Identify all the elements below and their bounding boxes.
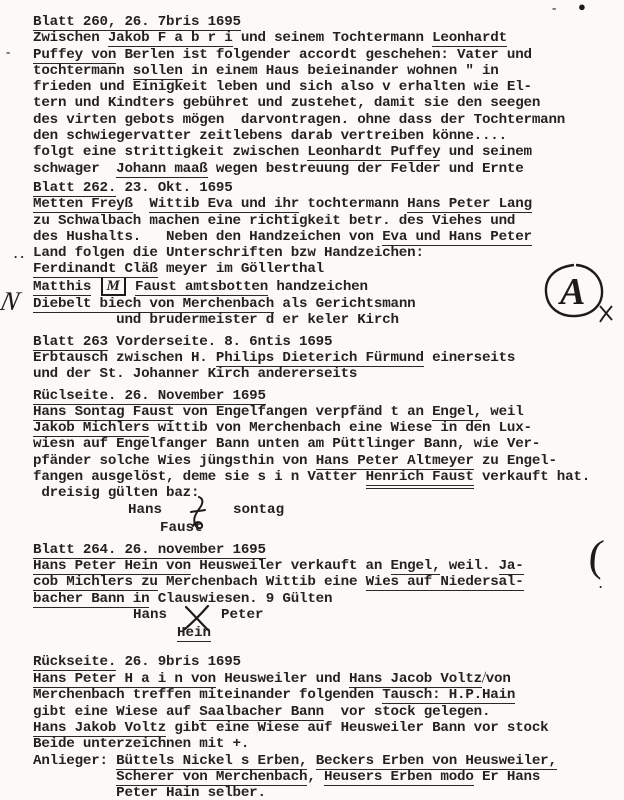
text-segment: wittib von Merchenbach eine Wiese in den… <box>149 420 531 436</box>
text-segment: schwager <box>33 161 116 177</box>
underlined-text: Hans Peter Lang <box>407 196 532 213</box>
text-segment: zu Engel- <box>474 453 557 469</box>
underlined-text: Hans Peter Hein von <box>33 558 191 575</box>
text-segment: vor stock gelegen. <box>324 704 490 720</box>
text-line: den schwiegervatter zeitlebens darab ver… <box>33 128 621 144</box>
underlined-text: cob Michlers zu <box>33 574 158 591</box>
underlined-text: Jakob F a b r i <box>108 30 233 47</box>
circled-a-handmark: A <box>540 262 622 328</box>
text-segment: Anlieger: <box>33 753 116 769</box>
text-segment: 26. 9bris 1695 <box>116 654 241 670</box>
top-right-dot-mark: ● <box>578 0 586 15</box>
underlined-text: Rückseite. <box>33 654 116 671</box>
text-segment: verkauft hat. <box>474 469 590 485</box>
text-segment: Heusweiler verkauft an <box>191 558 391 574</box>
underlined-text: Blatt 262. <box>33 180 116 197</box>
text-segment <box>33 769 116 785</box>
signature-name: Hein <box>177 625 211 642</box>
text-segment: einerseits <box>424 350 515 366</box>
text-line: und brudermeister d er keler Kirch <box>33 312 621 328</box>
signature-name: Peter <box>221 607 264 623</box>
underlined-text: Leonhardt Puffey <box>307 144 440 161</box>
text-segment: Merchenbach treffen miteinander folgende… <box>33 687 382 703</box>
text-segment: und seinem Tochtermann <box>233 30 433 46</box>
underlined-text: Jakob Michlers <box>33 420 149 437</box>
underlined-text: Engel, <box>391 558 441 575</box>
scanned-document-page: Blatt 260, 26. 7bris 1695Zwischen Jakob … <box>0 0 624 800</box>
underlined-text: bacher Bann in <box>33 591 149 608</box>
section-rueckseite-november: Rüclseite. 26. November 1695Hans Sontag … <box>33 388 621 539</box>
text-segment: fangen ausgelöst, deme sie s i n Vatter <box>33 469 366 485</box>
text-segment <box>307 753 315 769</box>
text-segment: von <box>486 671 511 687</box>
text-line: Diebelt biech von Merchenbach als Gerich… <box>33 296 621 312</box>
text-segment: Berlen ist folgender accordt geschehen: … <box>116 47 532 63</box>
text-segment: Clauswiesen. 9 Gülten <box>149 591 332 607</box>
text-line: Rüclseite. 26. November 1695 <box>33 388 621 404</box>
text-line: Matthis M Faust amtsbotten handzeichen <box>33 278 621 296</box>
underlined-text: Henrich Faust <box>366 469 474 489</box>
underlined-text: Ja- <box>499 558 524 575</box>
text-segment: den schwiegervatter zeitlebens darab ver… <box>33 128 507 144</box>
section-blatt-264: Blatt 264. 26. november 1695Hans Peter H… <box>33 542 621 644</box>
text-segment: tochtermann <box>33 63 133 79</box>
underlined-text: Engel, <box>432 404 482 421</box>
section-blatt-263-vorderseite: Blatt 263 Vorderseite. 8. 6ntis 1695Erbt… <box>33 334 621 383</box>
text-segment: Zwischen <box>33 30 108 46</box>
text-line: wiesn auf Engelfanger Bann unten am Pütt… <box>33 436 621 452</box>
text-line: dreisig gülten baz: <box>33 485 621 501</box>
text-segment: weil <box>482 404 524 420</box>
text-segment: Vorderseite. 8. 6ntis 1695 <box>108 334 332 350</box>
text-line: Rückseite. 26. 9bris 1695 <box>33 654 621 670</box>
text-line: Hans Sontag Faust von Engelfangen verpfä… <box>33 404 621 420</box>
text-line: Jakob Michlers wittib von Merchenbach ei… <box>33 420 621 436</box>
text-line: Blatt 263 Vorderseite. 8. 6ntis 1695 <box>33 334 621 350</box>
text-line: Blatt 264. 26. november 1695 <box>33 542 621 558</box>
text-segment: Erbtausch zwischen H. <box>33 350 216 366</box>
document-body: Blatt 260, 26. 7bris 1695Zwischen Jakob … <box>33 14 621 800</box>
underlined-text: Ferdinandt Cläß <box>33 261 158 278</box>
underlined-text: Hans Jakob Voltz <box>33 720 166 737</box>
text-line: und der St. Johanner Kirch andererseits <box>33 366 621 382</box>
text-segment: Merchenbach Wittib eine <box>158 574 366 590</box>
text-segment: 23. Okt. 1695 <box>116 180 232 196</box>
text-segment: des virten gebots mögen darvontragen. oh… <box>33 112 565 128</box>
text-segment: und der St. Johanner Kirch andererseits <box>33 366 357 382</box>
text-segment <box>33 785 116 800</box>
signature-name: sontag <box>233 502 284 518</box>
margin-n-handmark: N <box>0 293 21 309</box>
text-line: Zwischen Jakob F a b r i und seinem Toch… <box>33 30 621 46</box>
text-line: Anlieger: Büttels Nickel s Erben, Becker… <box>33 753 621 769</box>
text-line: des virten gebots mögen darvontragen. oh… <box>33 112 621 128</box>
text-segment: gibt eine Wiese auf Heusweiler Bann vor … <box>166 720 548 736</box>
text-line: Hans Jakob Voltz gibt eine Wiese auf Heu… <box>33 720 621 736</box>
text-segment: folgt eine strittigkeit zwischen <box>33 144 307 160</box>
underlined-text: Blatt 263 <box>33 334 108 351</box>
text-segment: und seinem <box>440 144 531 160</box>
underlined-text: Wittib Eva und ihr <box>149 196 299 213</box>
underlined-text: Rüclseite. 26. November 1695 <box>33 388 266 405</box>
text-segment: pfänder solche Wies jüngsthin von <box>33 453 316 469</box>
section-rueckseite-9bris: Rückseite. 26. 9bris 1695Hans Peter H a … <box>33 654 621 800</box>
text-segment: in einem Haus beieinander wohnen " in <box>183 63 499 79</box>
text-segment: des Hushalts. Neben den Handzeichen von <box>33 229 382 245</box>
text-line: Merchenbach treffen miteinander folgende… <box>33 687 621 703</box>
left-margin-dash-mark: - <box>6 44 10 60</box>
text-line: Hans Peter H a i n von Heusweiler und Ha… <box>33 670 621 687</box>
underlined-text: Peter Hain selber. <box>116 785 266 800</box>
signature-name: Faust <box>160 520 203 536</box>
text-segment: , <box>307 769 324 785</box>
underlined-text: Puffey von <box>33 47 116 64</box>
text-line: bacher Bann in Clauswiesen. 9 Gülten <box>33 591 621 607</box>
text-line: Metten Freyß Wittib Eva und ihr tochterm… <box>33 196 621 212</box>
text-segment: zu Schwalbach machen eine richtigkeit be… <box>33 213 515 229</box>
top-right-dash-mark: - <box>552 0 556 16</box>
section-blatt-262: Blatt 262. 23. Okt. 1695Metten Freyß Wit… <box>33 180 621 329</box>
underlined-text: Hans Sontag Faust <box>33 404 174 421</box>
text-segment: Land folgen die Unterschriften bzw Handz… <box>33 245 424 261</box>
underlined-text: Matthis <box>33 279 91 296</box>
text-line: frieden und Einigkeit leben und sich als… <box>33 79 621 95</box>
text-line: Blatt 262. 23. Okt. 1695 <box>33 180 621 196</box>
underlined-text: Johann maaß <box>116 161 207 178</box>
section-blatt-260: Blatt 260, 26. 7bris 1695Zwischen Jakob … <box>33 14 621 177</box>
underlined-text: Hans Peter Altmeyer <box>316 453 474 470</box>
text-segment: von Engelfangen verpfänd t an <box>174 404 432 420</box>
text-segment: wegen bestreuung der Felder und Ernte <box>208 161 524 177</box>
text-line: folgt eine strittigkeit zwischen Leonhar… <box>33 144 621 160</box>
text-segment: meyer im Göllerthal <box>158 261 324 277</box>
underlined-text: Hans Jacob Voltz <box>349 671 482 688</box>
text-segment: wiesn auf Engelfanger Bann unten am Pütt… <box>33 436 540 452</box>
signature-row-below: Faust <box>128 519 621 537</box>
underlined-text: sollen <box>133 63 183 80</box>
text-line: gibt eine Wiese auf Saalbacher Bann vor … <box>33 704 621 720</box>
underlined-text: Tausch: H.P.Hain <box>382 687 515 704</box>
text-segment: und brudermeister d er keler Kirch <box>33 312 399 328</box>
underlined-text: Metten Freyß <box>33 196 133 213</box>
underlined-text: Scherer von Merchenbach <box>116 769 307 786</box>
underlined-text: Wies auf Niedersal- <box>366 574 524 591</box>
text-line: tochtermann sollen in einem Haus beieina… <box>33 63 621 79</box>
text-line: Puffey von Berlen ist folgender accordt … <box>33 47 621 63</box>
underlined-text: Saalbacher Bann <box>199 704 324 721</box>
underlined-text: Eva und Hans Peter <box>382 229 532 246</box>
circled-a-icon: A <box>540 262 622 328</box>
underlined-text: Hans Peter H a i n von <box>33 671 216 688</box>
text-segment: handzeichen <box>268 279 368 295</box>
underlined-text: Diebelt biech von Merchenbach <box>33 296 274 313</box>
text-line: pfänder solche Wies jüngsthin von Hans P… <box>33 453 621 469</box>
underlined-text: Büttels Nickel s Erben, <box>116 753 307 770</box>
text-line: schwager Johann maaß wegen bestreuung de… <box>33 161 621 177</box>
text-segment: als Gerichtsmann <box>274 296 415 312</box>
text-line: fangen ausgelöst, deme sie s i n Vatter … <box>33 469 621 485</box>
text-segment <box>127 279 135 295</box>
text-segment <box>133 196 150 212</box>
text-line: Scherer von Merchenbach, Heusers Erben m… <box>33 769 621 785</box>
text-line: Land folgen die Unterschriften bzw Handz… <box>33 245 621 261</box>
text-line: tern und Kindters gebühret und zustehet,… <box>33 95 621 111</box>
signature-name: Hans <box>133 607 167 623</box>
signature-row: Hanssontag <box>128 502 621 519</box>
text-segment: Beide unterzeichnen mit +. <box>33 736 249 752</box>
text-line: Erbtausch zwischen H. Philips Dieterich … <box>33 350 621 366</box>
text-segment: gibt eine Wiese auf <box>33 704 199 720</box>
signature-row: HansPeter <box>133 607 621 624</box>
signature-block: HanssontagFaust <box>128 502 621 539</box>
signature-block: HansPeterHein <box>133 607 621 644</box>
underlined-text: Beckers Erben von Heusweiler, <box>316 753 557 770</box>
signature-row-below: Hein <box>133 624 621 642</box>
text-segment <box>91 279 99 295</box>
text-line: Beide unterzeichnen mit +. <box>33 736 621 752</box>
text-line: cob Michlers zu Merchenbach Wittib eine … <box>33 574 621 590</box>
underlined-text: Blatt 260, 26. 7bris 1695 <box>33 14 241 31</box>
text-line: Hans Peter Hein von Heusweiler verkauft … <box>33 558 621 574</box>
handmark-m-box: M <box>101 278 126 296</box>
left-margin-dots-mark: . . <box>14 246 24 262</box>
text-segment: Heusweiler und <box>216 671 349 687</box>
text-line: Ferdinandt Cläß meyer im Göllerthal <box>33 261 621 277</box>
underlined-text: Heusers Erben modo <box>324 769 474 786</box>
text-line: Peter Hain selber. <box>33 785 621 800</box>
text-segment: frieden und Einigkeit leben und sich als… <box>33 79 532 95</box>
text-segment: Er Hans <box>474 769 541 785</box>
text-line: Blatt 260, 26. 7bris 1695 <box>33 14 621 30</box>
text-segment: dreisig gülten baz: <box>33 485 199 501</box>
margin-dot-handmark: . <box>599 576 602 592</box>
svg-text:A: A <box>558 271 585 313</box>
underlined-text: Leonhardt <box>432 30 507 47</box>
underlined-text: Faust amtsbotten <box>135 279 268 296</box>
text-segment: weil. <box>440 558 498 574</box>
text-line: zu Schwalbach machen eine richtigkeit be… <box>33 213 621 229</box>
underlined-text: Philips Dieterich Fürmund <box>216 350 424 367</box>
text-segment: tern und Kindters gebühret und zustehet,… <box>33 95 540 111</box>
text-segment: tochtermann <box>299 196 407 212</box>
underlined-text: Blatt 264. 26. november 1695 <box>33 542 266 559</box>
signature-name: Hans <box>128 502 162 518</box>
text-line: des Hushalts. Neben den Handzeichen von … <box>33 229 621 245</box>
